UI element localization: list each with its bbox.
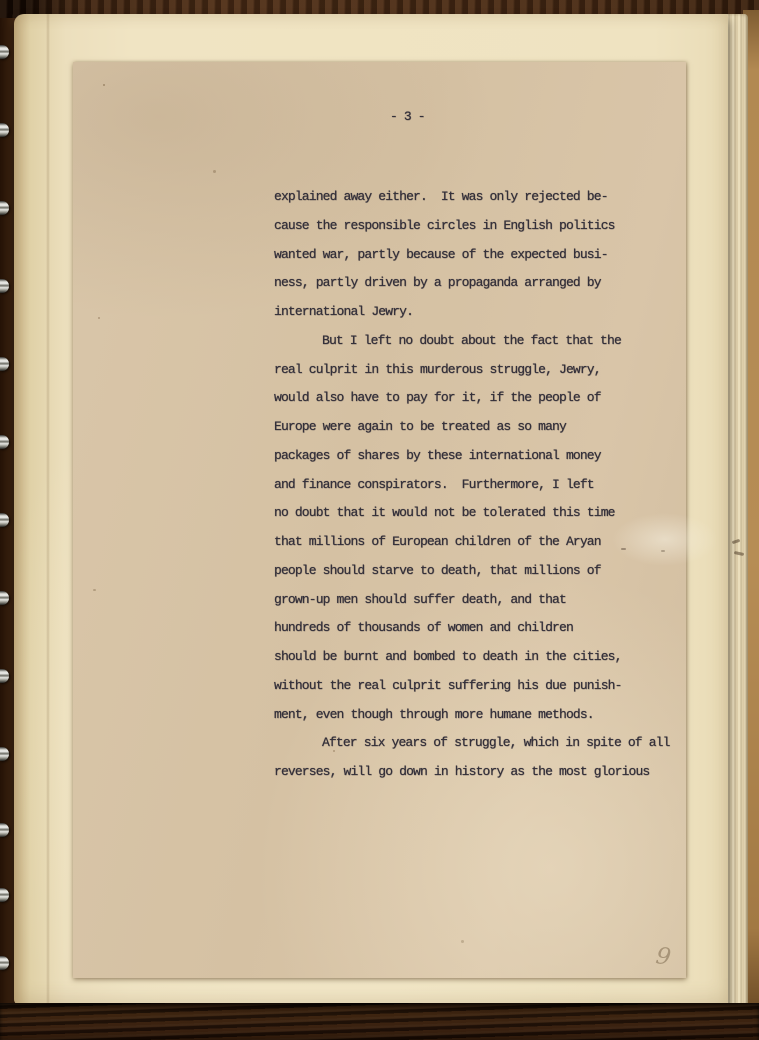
text-line: cause the responsible circles in English… <box>274 212 670 241</box>
text-line: ment, even though through more humane me… <box>274 701 670 730</box>
text-line: real culprit in this murderous struggle,… <box>274 356 670 385</box>
text-line: should be burnt and bombed to death in t… <box>274 643 670 672</box>
paragraph: explained away either. It was only rejec… <box>274 183 670 327</box>
typed-document-sheet: - 3 - explained away either. It was only… <box>73 62 686 978</box>
text-line: reverses, will go down in history as the… <box>274 758 670 787</box>
ink-smudge <box>621 548 626 550</box>
scanned-document-page: - 3 - explained away either. It was only… <box>0 0 759 1040</box>
text-line: international Jewry. <box>274 298 670 327</box>
ink-smudge <box>661 550 665 552</box>
foxing-speck <box>103 84 105 86</box>
foxing-speck <box>213 170 216 173</box>
document-text: explained away either. It was only rejec… <box>274 183 670 787</box>
text-line: and finance conspirators. Furthermore, I… <box>274 471 670 500</box>
foxing-speck <box>93 589 96 591</box>
paper-rub-mark <box>610 512 720 567</box>
text-line: grown-up men should suffer death, and th… <box>274 586 670 615</box>
paragraph: After six years of struggle, which in sp… <box>274 729 670 787</box>
binder-cover-bottom-edge <box>0 1003 759 1040</box>
pencil-annotation: 9 <box>654 943 673 971</box>
text-line: packages of shares by these internationa… <box>274 442 670 471</box>
text-line: Europe were again to be treated as so ma… <box>274 413 670 442</box>
text-line: would also have to pay for it, if the pe… <box>274 384 670 413</box>
foxing-speck <box>461 940 464 943</box>
text-line: After six years of struggle, which in sp… <box>274 729 670 758</box>
text-line: ness, partly driven by a propaganda arra… <box>274 269 670 298</box>
text-line: explained away either. It was only rejec… <box>274 183 670 212</box>
text-line: wanted war, partly because of the expect… <box>274 241 670 270</box>
page-number: - 3 - <box>390 109 425 124</box>
foxing-speck <box>333 750 335 752</box>
text-line: hundreds of thousands of women and child… <box>274 614 670 643</box>
text-line: without the real culprit suffering his d… <box>274 672 670 701</box>
foxing-speck <box>98 317 100 319</box>
text-line: But I left no doubt about the fact that … <box>274 327 670 356</box>
